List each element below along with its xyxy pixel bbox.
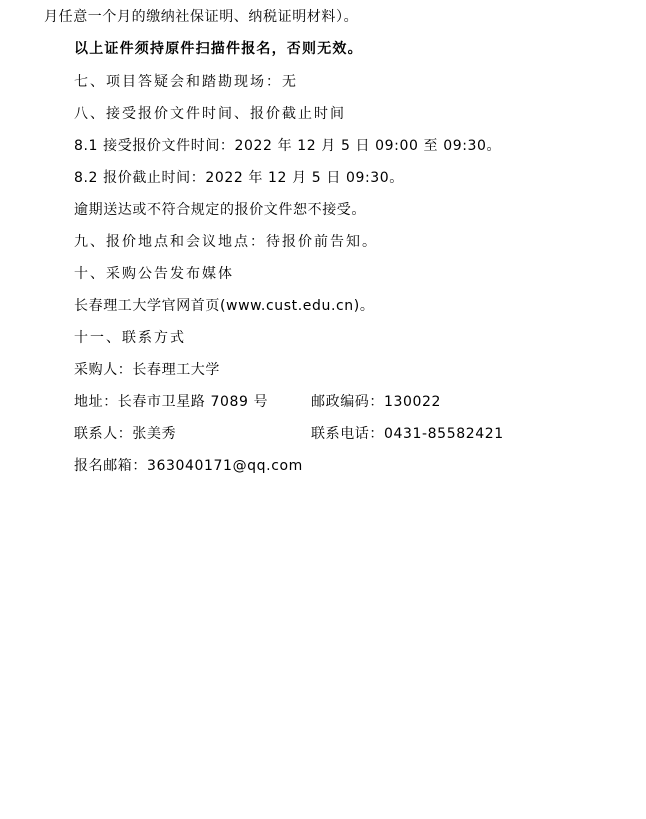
- section-8-note: 逾期送达或不符合规定的报价文件恕不接受。: [74, 201, 366, 219]
- section-10-heading: 十、采购公告发布媒体: [74, 265, 234, 283]
- section-8-item-2: 8.2 报价截止时间：2022 年 12 月 5 日 09:30。: [74, 169, 404, 187]
- continuation-text: 月任意一个月的缴纳社保证明、纳税证明材料）。: [44, 8, 358, 26]
- section-8-heading: 八、接受报价文件时间、报价截止时间: [74, 105, 346, 123]
- section-9-heading: 九、报价地点和会议地点：待报价前告知。: [74, 233, 378, 251]
- address-line: 地址：长春市卫星路 7089 号: [74, 393, 268, 411]
- section-11-heading: 十一、联系方式: [74, 329, 186, 347]
- postcode-line: 邮政编码：130022: [311, 393, 441, 411]
- section-8-item-1: 8.1 接受报价文件时间：2022 年 12 月 5 日 09:00 至 09:…: [74, 137, 501, 155]
- document-page: 月任意一个月的缴纳社保证明、纳税证明材料）。 以上证件须持原件扫描件报名，否则无…: [0, 0, 646, 819]
- section-7-heading: 七、项目答疑会和踏勘现场：无: [74, 73, 298, 91]
- purchaser-line: 采购人：长春理工大学: [74, 361, 220, 379]
- section-10-media: 长春理工大学官网首页(www.cust.edu.cn)。: [74, 297, 374, 315]
- contact-person-line: 联系人：张美秀: [74, 425, 176, 443]
- email-line: 报名邮箱：363040171@qq.com: [74, 457, 303, 475]
- notice-bold-text: 以上证件须持原件扫描件报名，否则无效。: [74, 40, 363, 58]
- phone-line: 联系电话：0431-85582421: [311, 425, 504, 443]
